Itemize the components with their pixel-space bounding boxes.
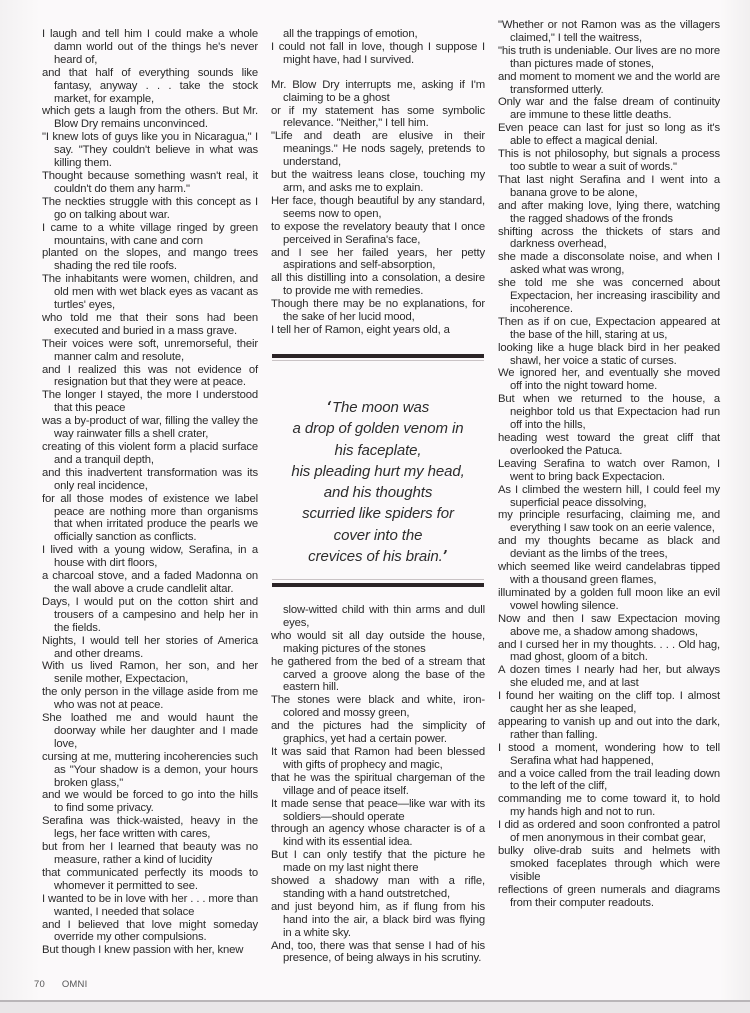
publication-name: OMNI bbox=[62, 979, 88, 990]
paragraph: I did as ordered and soon confronted a p… bbox=[498, 819, 720, 845]
paragraph: who would sit all day outside the house,… bbox=[271, 630, 485, 656]
continuation-line: slow-witted child with thin arms and dul… bbox=[271, 604, 485, 630]
pullquote-line-6: scurried like spiders for bbox=[272, 503, 484, 524]
continuation-line: all the trappings of emotion, bbox=[271, 28, 485, 41]
paragraph: the only person in the village aside fro… bbox=[42, 686, 258, 712]
paragraph: But when we returned to the house, a nei… bbox=[498, 393, 720, 432]
paragraph: and moment to moment we and the world ar… bbox=[498, 71, 720, 97]
page-folio: 70 OMNI bbox=[34, 979, 87, 990]
paragraph: and just beyond him, as if flung from hi… bbox=[271, 901, 485, 940]
pullquote-line-7: cover into the bbox=[272, 525, 484, 546]
paragraph: Their voices were soft, unremorseful, th… bbox=[42, 338, 258, 364]
right-text-column: "Whether or not Ramon was as the village… bbox=[498, 19, 720, 910]
pullquote-bottom-rule bbox=[272, 583, 484, 587]
paragraph: I laugh and tell him I could make a whol… bbox=[42, 28, 258, 67]
paragraph: We ignored her, and eventually she moved… bbox=[498, 367, 720, 393]
paragraph: appearing to vanish up and out into the … bbox=[498, 716, 720, 742]
paragraph: I came to a white village ringed by gree… bbox=[42, 222, 258, 248]
middle-text-column-top: all the trappings of emotion, I could no… bbox=[271, 28, 485, 337]
middle-top-paragraphs: I could not fall in love, though I suppo… bbox=[271, 41, 485, 337]
paragraph: but the waitress leans close, touching m… bbox=[271, 169, 485, 195]
paragraph: to expose the revelatory beauty that I o… bbox=[271, 221, 485, 247]
paragraph: that he was the spiritual chargeman of t… bbox=[271, 772, 485, 798]
paragraph: heading west toward the great cliff that… bbox=[498, 432, 720, 458]
paragraph: and I see her failed years, her petty as… bbox=[271, 247, 485, 273]
paragraph: Nights, I would tell her stories of Amer… bbox=[42, 635, 258, 661]
close-quote-icon: ’ bbox=[443, 547, 448, 565]
paragraph: I could not fall in love, though I suppo… bbox=[271, 41, 485, 67]
paragraph: Though there may be no explanations, for… bbox=[271, 298, 485, 324]
paragraph: Her face, though beautiful by any standa… bbox=[271, 195, 485, 221]
paragraph: As I climbed the western hill, I could f… bbox=[498, 484, 720, 510]
pullquote-text: The moon was bbox=[332, 399, 429, 416]
paragraph: "his truth is undeniable. Our lives are … bbox=[498, 45, 720, 71]
paragraph: and I cursed her in my thoughts. . . . O… bbox=[498, 639, 720, 665]
pullquote-line-8: crevices of his brain.’ bbox=[272, 546, 484, 567]
paragraph: Only war and the false dream of continui… bbox=[498, 96, 720, 122]
pullquote-line-3: his faceplate, bbox=[272, 440, 484, 461]
paragraph: and this inadvertent transformation was … bbox=[42, 467, 258, 493]
paragraph: showed a shadowy man with a rifle, stand… bbox=[271, 875, 485, 901]
middle-text-column-bottom: slow-witted child with thin arms and dul… bbox=[271, 604, 485, 965]
paragraph: This is not philosophy, but signals a pr… bbox=[498, 148, 720, 174]
paragraph: Thought because something wasn't real, i… bbox=[42, 170, 258, 196]
paragraph: Then as if on cue, Expectacion appeared … bbox=[498, 316, 720, 342]
paragraph: reflections of green numerals and diagra… bbox=[498, 884, 720, 910]
pullquote-top-rule bbox=[272, 354, 484, 358]
paragraph: "Life and death are elusive in their mea… bbox=[271, 130, 485, 169]
paragraph: "I knew lots of guys like you in Nicarag… bbox=[42, 131, 258, 170]
paragraph: she told me she was concerned about Expe… bbox=[498, 277, 720, 316]
paragraph: I stood a moment, wondering how to tell … bbox=[498, 742, 720, 768]
paragraph: The neckties struggle with this concept … bbox=[42, 196, 258, 222]
left-text-column: I laugh and tell him I could make a whol… bbox=[42, 28, 258, 957]
paragraph: was a by-product of war, filling the val… bbox=[42, 415, 258, 441]
paragraph: she made a disconsolate noise, and when … bbox=[498, 251, 720, 277]
paragraph: but from her I learned that beauty was n… bbox=[42, 841, 258, 867]
paragraph: Leaving Serafina to watch over Ramon, I … bbox=[498, 458, 720, 484]
pull-quote: ‘The moon was a drop of golden venom in … bbox=[272, 397, 484, 567]
paragraph: I found her waiting on the cliff top. I … bbox=[498, 690, 720, 716]
paragraph: Even peace can last for just so long as … bbox=[498, 122, 720, 148]
pullquote-text: crevices of his brain. bbox=[308, 548, 443, 565]
paragraph: Serafina was thick-waisted, heavy in the… bbox=[42, 815, 258, 841]
paragraph: It was said that Ramon had been blessed … bbox=[271, 746, 485, 772]
pullquote-line-4: his pleading hurt my head, bbox=[272, 461, 484, 482]
paragraph: through an agency whose character is of … bbox=[271, 823, 485, 849]
paragraph: and the pictures had the simplicity of g… bbox=[271, 720, 485, 746]
paragraph: Now and then I saw Expectacion moving ab… bbox=[498, 613, 720, 639]
paragraph: creating of this violent form a placid s… bbox=[42, 441, 258, 467]
paragraph: my principle resurfacing, claiming me, a… bbox=[498, 509, 720, 535]
paragraph: Days, I would put on the cotton shirt an… bbox=[42, 596, 258, 635]
paragraph: bulky olive-drab suits and helmets with … bbox=[498, 845, 720, 884]
paragraph: I tell her of Ramon, eight years old, a bbox=[271, 324, 485, 337]
paragraph: But I can only testify that the picture … bbox=[271, 849, 485, 875]
paragraph: and that half of everything sounds like … bbox=[42, 67, 258, 106]
paragraph: which seemed like weird candelabras tipp… bbox=[498, 561, 720, 587]
paragraph: She loathed me and would haunt the doorw… bbox=[42, 712, 258, 751]
paragraph: and my thoughts became as black and devi… bbox=[498, 535, 720, 561]
paragraph: all this distilling into a consolation, … bbox=[271, 272, 485, 298]
paragraph: shifting across the thickets of stars an… bbox=[498, 226, 720, 252]
paragraph: a charcoal stove, and a faded Madonna on… bbox=[42, 570, 258, 596]
paragraph: he gathered from the bed of a stream tha… bbox=[271, 656, 485, 695]
paragraph: cursing at me, muttering incoherencies s… bbox=[42, 751, 258, 790]
paragraph: That last night Serafina and I went into… bbox=[498, 174, 720, 200]
paragraph: commanding me to come toward it, to hold… bbox=[498, 793, 720, 819]
paragraph: and I realized this was not evidence of … bbox=[42, 364, 258, 390]
pullquote-line-2: a drop of golden venom in bbox=[272, 418, 484, 439]
paragraph: and I believed that love might someday o… bbox=[42, 919, 258, 945]
paragraph: The stones were black and white, iron-co… bbox=[271, 694, 485, 720]
paragraph: Mr. Blow Dry interrupts me, asking if I'… bbox=[271, 79, 485, 105]
paragraph: But though I knew passion with her, knew bbox=[42, 944, 258, 957]
paragraph: A dozen times I nearly had her, but alwa… bbox=[498, 664, 720, 690]
pullquote-line-5: and his thoughts bbox=[272, 482, 484, 503]
paragraph: It made sense that peace—like war with i… bbox=[271, 798, 485, 824]
middle-bottom-paragraphs: who would sit all day outside the house,… bbox=[271, 630, 485, 966]
page-number: 70 bbox=[34, 979, 45, 990]
pullquote-line-1: ‘The moon was bbox=[272, 397, 484, 418]
paragraph: that communicated perfectly its moods to… bbox=[42, 867, 258, 893]
paragraph: illuminated by a golden full moon like a… bbox=[498, 587, 720, 613]
paragraph: which gets a laugh from the others. But … bbox=[42, 105, 258, 131]
paragraph: for all those modes of existence we labe… bbox=[42, 493, 258, 545]
magazine-page: I laugh and tell him I could make a whol… bbox=[0, 0, 750, 1013]
paragraph: planted on the slopes, and mango trees s… bbox=[42, 247, 258, 273]
paragraph: With us lived Ramon, her son, and her se… bbox=[42, 660, 258, 686]
paragraph: I wanted to be in love with her . . . mo… bbox=[42, 893, 258, 919]
paragraph: looking like a huge black bird in her pe… bbox=[498, 342, 720, 368]
paragraph: And, too, there was that sense I had of … bbox=[271, 940, 485, 966]
paragraph: who told me that their sons had been exe… bbox=[42, 312, 258, 338]
paragraph: "Whether or not Ramon was as the village… bbox=[498, 19, 720, 45]
scan-background bbox=[0, 1002, 750, 1013]
paragraph: I lived with a young widow, Serafina, in… bbox=[42, 544, 258, 570]
paragraph: and after making love, lying there, watc… bbox=[498, 200, 720, 226]
paragraph: The longer I stayed, the more I understo… bbox=[42, 389, 258, 415]
paragraph: and we would be forced to go into the hi… bbox=[42, 789, 258, 815]
paragraph: and a voice called from the trail leadin… bbox=[498, 768, 720, 794]
paragraph: or if my statement has some symbolic rel… bbox=[271, 105, 485, 131]
paragraph: The inhabitants were women, children, an… bbox=[42, 273, 258, 312]
